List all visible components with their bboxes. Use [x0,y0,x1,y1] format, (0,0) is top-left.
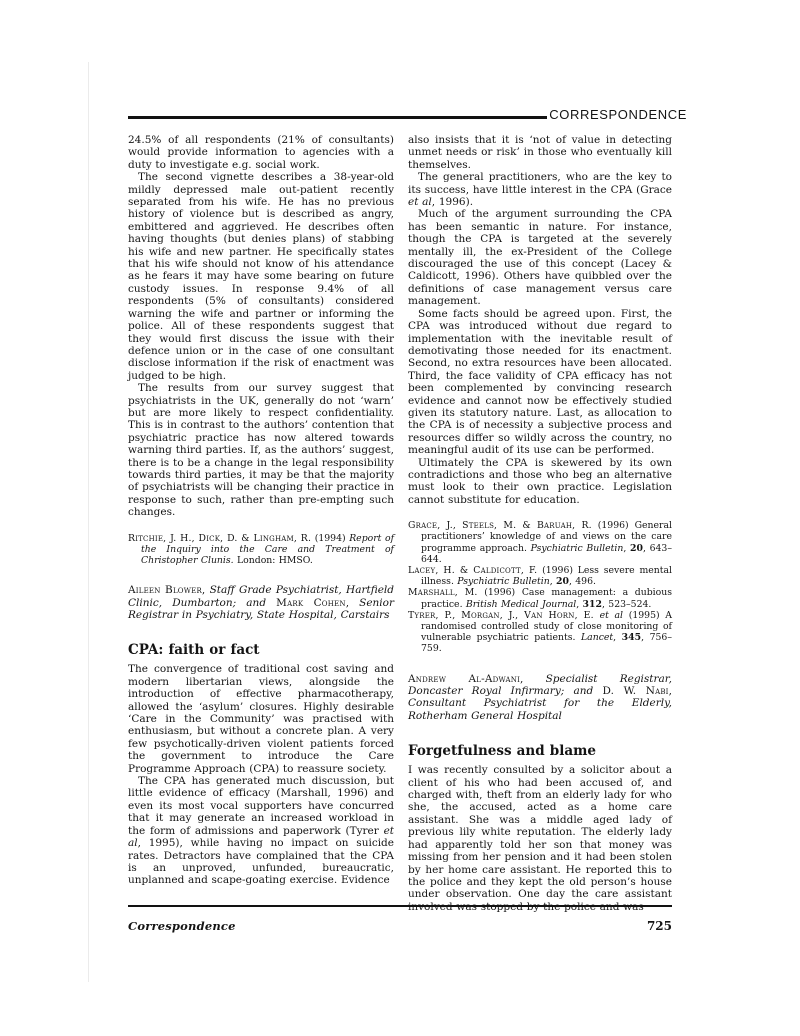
author-signature: Aileen Blower, Staff Grade Psychiatrist,… [128,584,394,621]
paragraph: also insists that it is ‘not of value in… [408,134,672,171]
footer-page-number: 725 [647,919,672,933]
reference-list: Ritchie, J. H., Dick, D. & Lingham, R. (… [128,533,394,567]
reference-entry: Tyrer, P., Morgan, J., Van Horn, E. et a… [408,610,672,655]
header-rule [128,116,547,119]
footer-rule [128,905,672,907]
paragraph: The second vignette describes a 38-year-… [128,171,394,382]
journal-page: CORRESPONDENCE 24.5% of all respondents … [0,0,800,1036]
reference-list: Grace, J., Steels, M. & Baruah, R. (1996… [408,520,672,654]
right-column: also insists that it is ‘not of value in… [408,134,672,913]
footer-section-title: Correspondence [128,919,236,933]
paragraph: 24.5% of all respondents (21% of consult… [128,134,394,171]
paragraph: The CPA has generated much discussion, b… [128,775,394,887]
paragraph: Much of the argument surrounding the CPA… [408,208,672,307]
running-head: CORRESPONDENCE [549,107,687,122]
paragraph: I was recently consulted by a solicitor … [408,764,672,913]
letter-title: CPA: faith or fact [128,643,394,658]
left-column: 24.5% of all respondents (21% of consult… [128,134,394,887]
paragraph: Ultimately the CPA is skewered by its ow… [408,457,672,507]
reference-entry: Ritchie, J. H., Dick, D. & Lingham, R. (… [128,533,394,567]
paragraph: Some facts should be agreed upon. First,… [408,308,672,457]
reference-entry: Lacey, H. & Caldicott, F. (1996) Less se… [408,565,672,587]
paragraph: The general practitioners, who are the k… [408,171,672,208]
letter-title: Forgetfulness and blame [408,744,672,759]
reference-entry: Marshall, M. (1996) Case management: a d… [408,587,672,609]
paragraph: The convergence of traditional cost savi… [128,663,394,775]
paragraph: The results from our survey suggest that… [128,382,394,518]
author-signature: Andrew Al-Adwani, Specialist Registrar, … [408,673,672,723]
page-edge-artifact [88,62,89,982]
reference-entry: Grace, J., Steels, M. & Baruah, R. (1996… [408,520,672,565]
